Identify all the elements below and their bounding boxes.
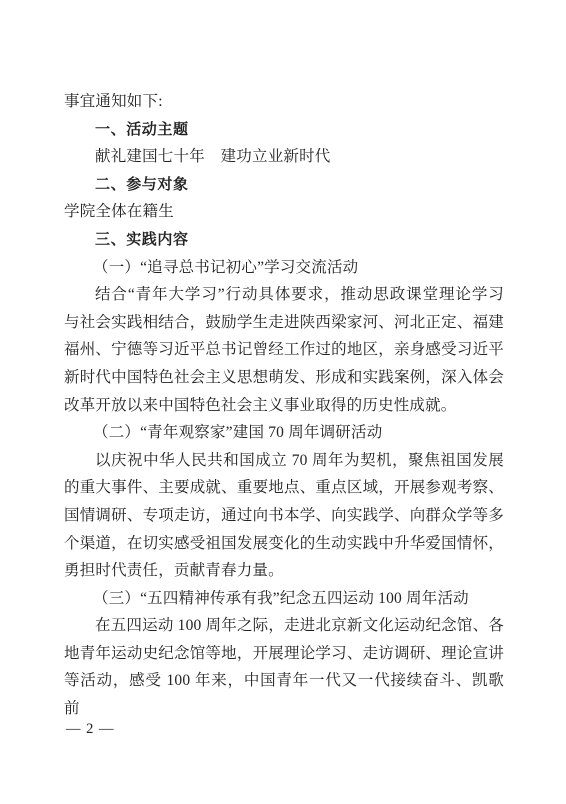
document-line: 与社会实践相结合，鼓励学生走进陕西梁家河、河北正定、福建 [64, 309, 504, 337]
document-line: 的重大事件、主要成就、重要地点、重点区域，开展参观考察、 [64, 474, 504, 502]
document-line: 一、活动主题 [64, 116, 504, 144]
document-line: 结合“青年大学习”行动具体要求，推动思政课堂理论学习 [64, 281, 504, 309]
document-line: 三、实践内容 [64, 226, 504, 254]
document-line: 献礼建国七十年 建功立业新时代 [64, 143, 504, 171]
document-line: 事宜通知如下: [64, 88, 504, 116]
document-page: 事宜通知如下:一、活动主题献礼建国七十年 建功立业新时代二、参与对象学院全体在籍… [0, 0, 566, 804]
document-line: 在五四运动 100 周年之际，走进北京新文化运动纪念馆、各 [64, 612, 504, 640]
document-lines: 事宜通知如下:一、活动主题献礼建国七十年 建功立业新时代二、参与对象学院全体在籍… [64, 88, 504, 695]
document-line: （三）“五四精神传承有我”纪念五四运动 100 周年活动 [64, 585, 504, 613]
document-line: 学院全体在籍生 [64, 198, 504, 226]
document-line: （二）“青年观察家”建国 70 周年调研活动 [64, 419, 504, 447]
document-line: 勇担时代责任，贡献青春力量。 [64, 557, 504, 585]
document-line: 国情调研、专项走访，通过向书本学、向实践学、向群众学等多 [64, 502, 504, 530]
document-line: 新时代中国特色社会主义思想萌发、形成和实践案例，深入体会 [64, 364, 504, 392]
document-line: 改革开放以来中国特色社会主义事业取得的历史性成就。 [64, 392, 504, 420]
document-line: 等活动，感受 100 年来，中国青年一代又一代接续奋斗、凯歌前 [64, 667, 504, 695]
document-line: 福州、宁德等习近平总书记曾经工作过的地区，亲身感受习近平 [64, 336, 504, 364]
document-line: 地青年运动史纪念馆等地，开展理论学习、走访调研、理论宣讲 [64, 640, 504, 668]
document-line: 二、参与对象 [64, 171, 504, 199]
document-line: 个渠道，在切实感受祖国发展变化的生动实践中升华爱国情怀， [64, 530, 504, 558]
document-line: （一）“追寻总书记初心”学习交流活动 [64, 254, 504, 282]
page-number: — 2 — [66, 719, 115, 739]
document-line: 以庆祝中华人民共和国成立 70 周年为契机，聚焦祖国发展 [64, 447, 504, 475]
